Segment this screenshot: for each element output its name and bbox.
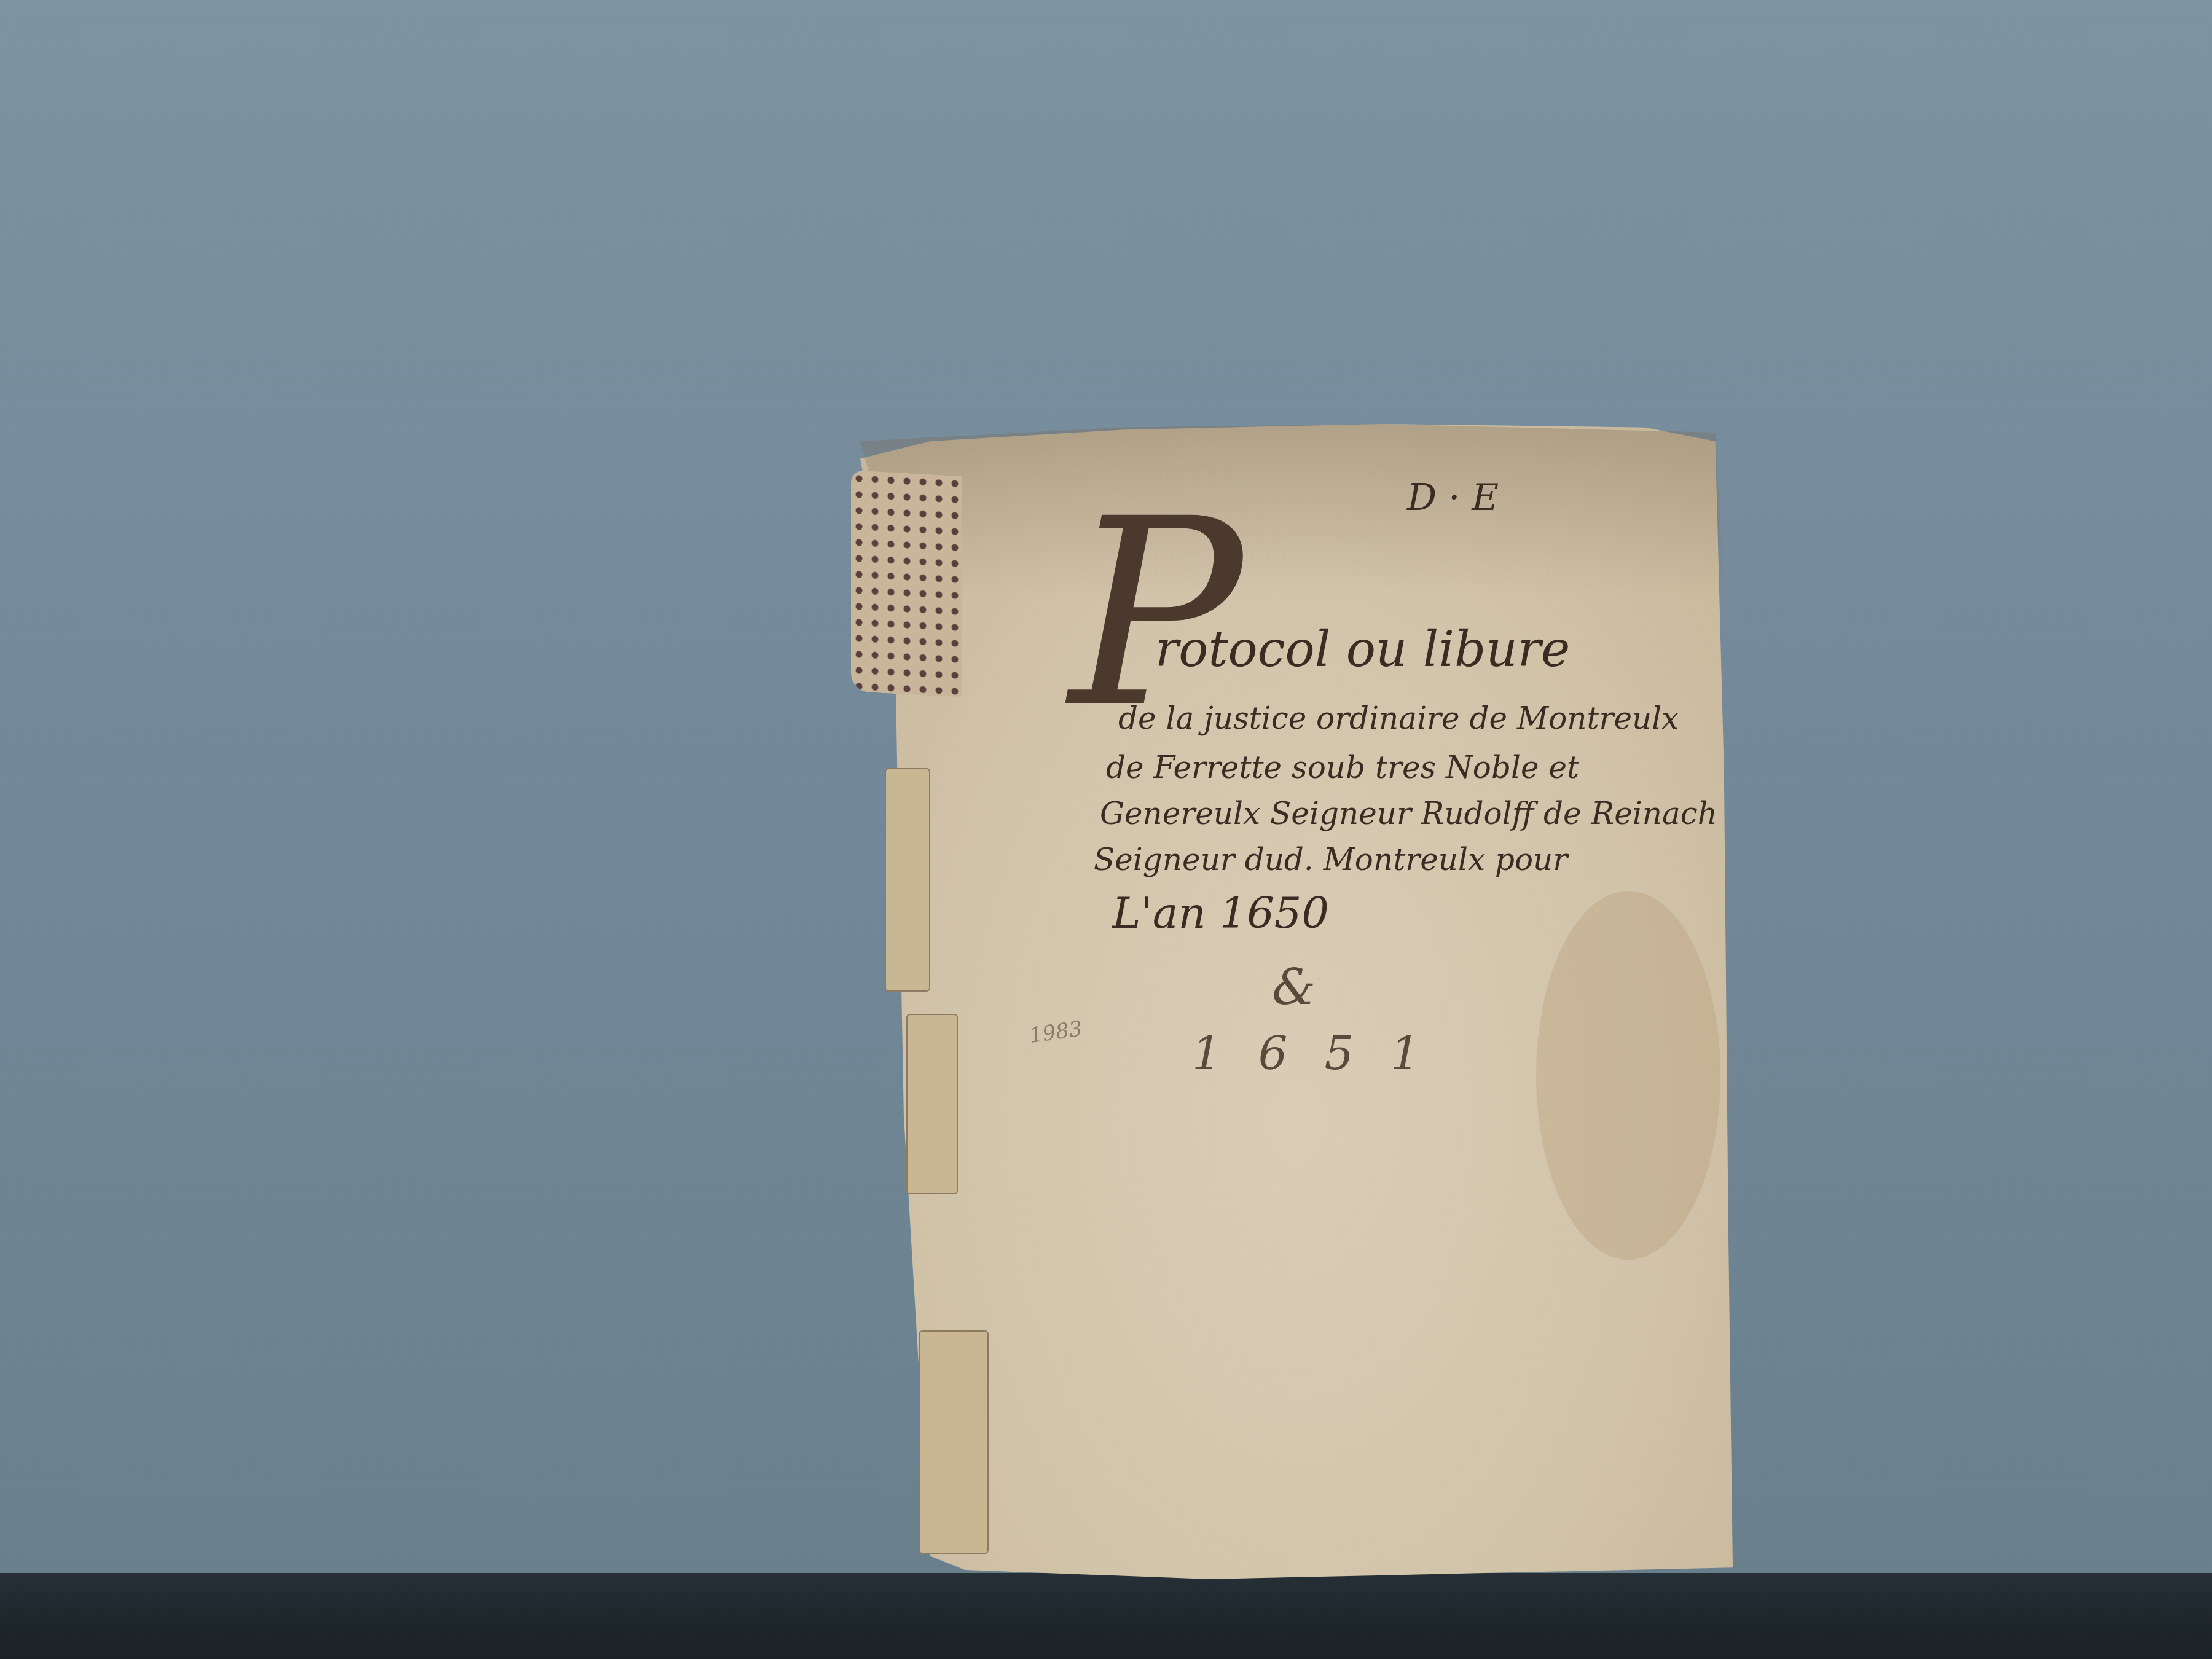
top-mark: D · E: [1407, 476, 1499, 519]
water-stain-top: [860, 424, 1733, 596]
text-line-3: Genereulx Seigneur Rudolff de Reinach: [1100, 796, 1717, 831]
text-line-4: Seigneur dud. Montreulx pour: [1094, 842, 1567, 877]
water-stain-right: [1536, 891, 1720, 1260]
title-line: rotocol ou libure: [1155, 621, 1570, 678]
binding-tab: [885, 768, 930, 992]
text-line-1: de la justice ordinaire de Montreulx: [1118, 700, 1679, 736]
ampersand: &: [1272, 959, 1316, 1016]
second-year: 1651: [1192, 1026, 1457, 1080]
binding-tab: [919, 1330, 989, 1554]
year-line: L'an 1650: [1112, 888, 1329, 938]
binding-tab: [906, 1014, 958, 1194]
text-line-2: de Ferrette soub tres Noble et: [1106, 750, 1579, 785]
dark-floor-band: [0, 1573, 2212, 1659]
patterned-spine-fabric: [851, 470, 962, 697]
